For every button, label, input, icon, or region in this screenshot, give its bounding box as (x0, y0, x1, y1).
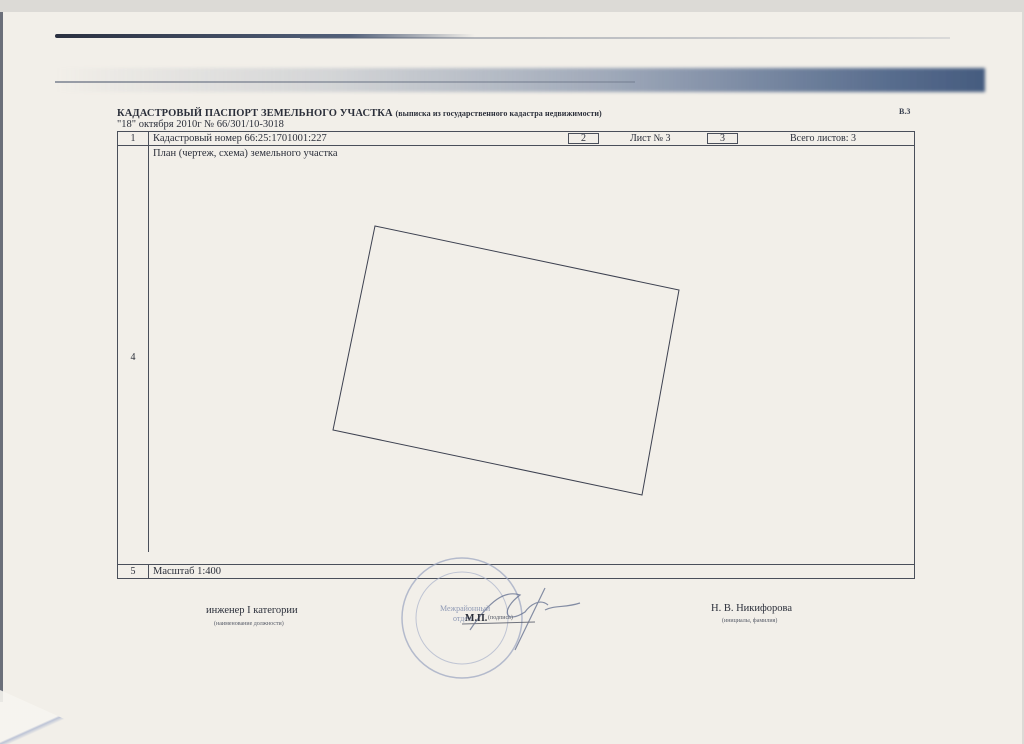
stamp-text: Межрайонный (440, 604, 490, 613)
seal-label: М.П. (465, 613, 487, 624)
name-caption: (инициалы, фамилия) (722, 618, 777, 624)
land-parcel-outline (333, 226, 679, 495)
signature-caption: (подпись) (488, 615, 513, 621)
signer-position: инженер I категории (206, 605, 298, 616)
parcel-plan-drawing (0, 0, 1024, 744)
signer-name: Н. В. Никифорова (711, 603, 792, 614)
position-caption: (наименование должности) (214, 621, 284, 627)
